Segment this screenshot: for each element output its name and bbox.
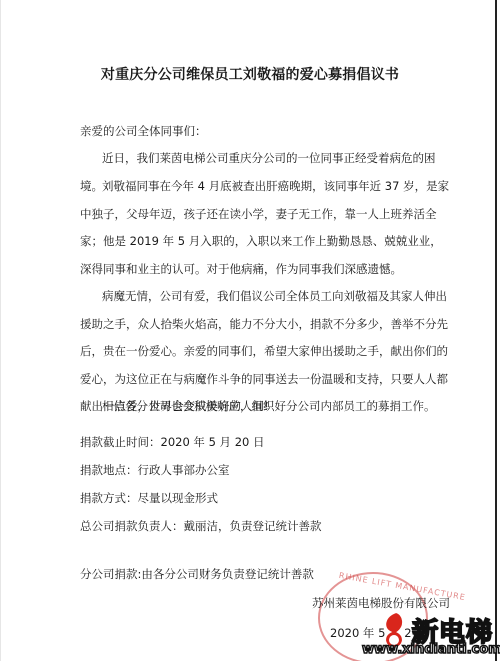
salutation: 亲爱的公司全体同事们： <box>80 123 207 139</box>
signature-company: 苏州莱茵电梯股份有限公司 <box>312 595 450 611</box>
donation-method: 捐款方式：尽量以现金形式 <box>80 490 218 506</box>
donation-deadline: 捐款截止时间：2020 年 5 月 20 日 <box>80 434 265 450</box>
paragraph-2: 刘敬福同事在今年 4 月底被查出肝癌晚期，该同事年近 37 岁，是家中独子，父母… <box>80 173 452 283</box>
hq-contact: 总公司捐款负责人：戴丽洁，负责登记统计善款 <box>80 518 322 534</box>
branch-donation: 分公司捐款:由各分公司财务负责登记统计善款 <box>80 566 314 582</box>
paragraph-4: 相信各分公司也会积极响应，组织好分公司内部员工的募捐工作。 <box>80 393 452 421</box>
donation-location: 捐款地点：行政人事部办公室 <box>80 462 230 478</box>
watermark-url: www.xindianti.com <box>362 642 500 657</box>
document-title: 对重庆分公司维保员工刘敬福的爱心募捐倡议书 <box>0 64 500 84</box>
